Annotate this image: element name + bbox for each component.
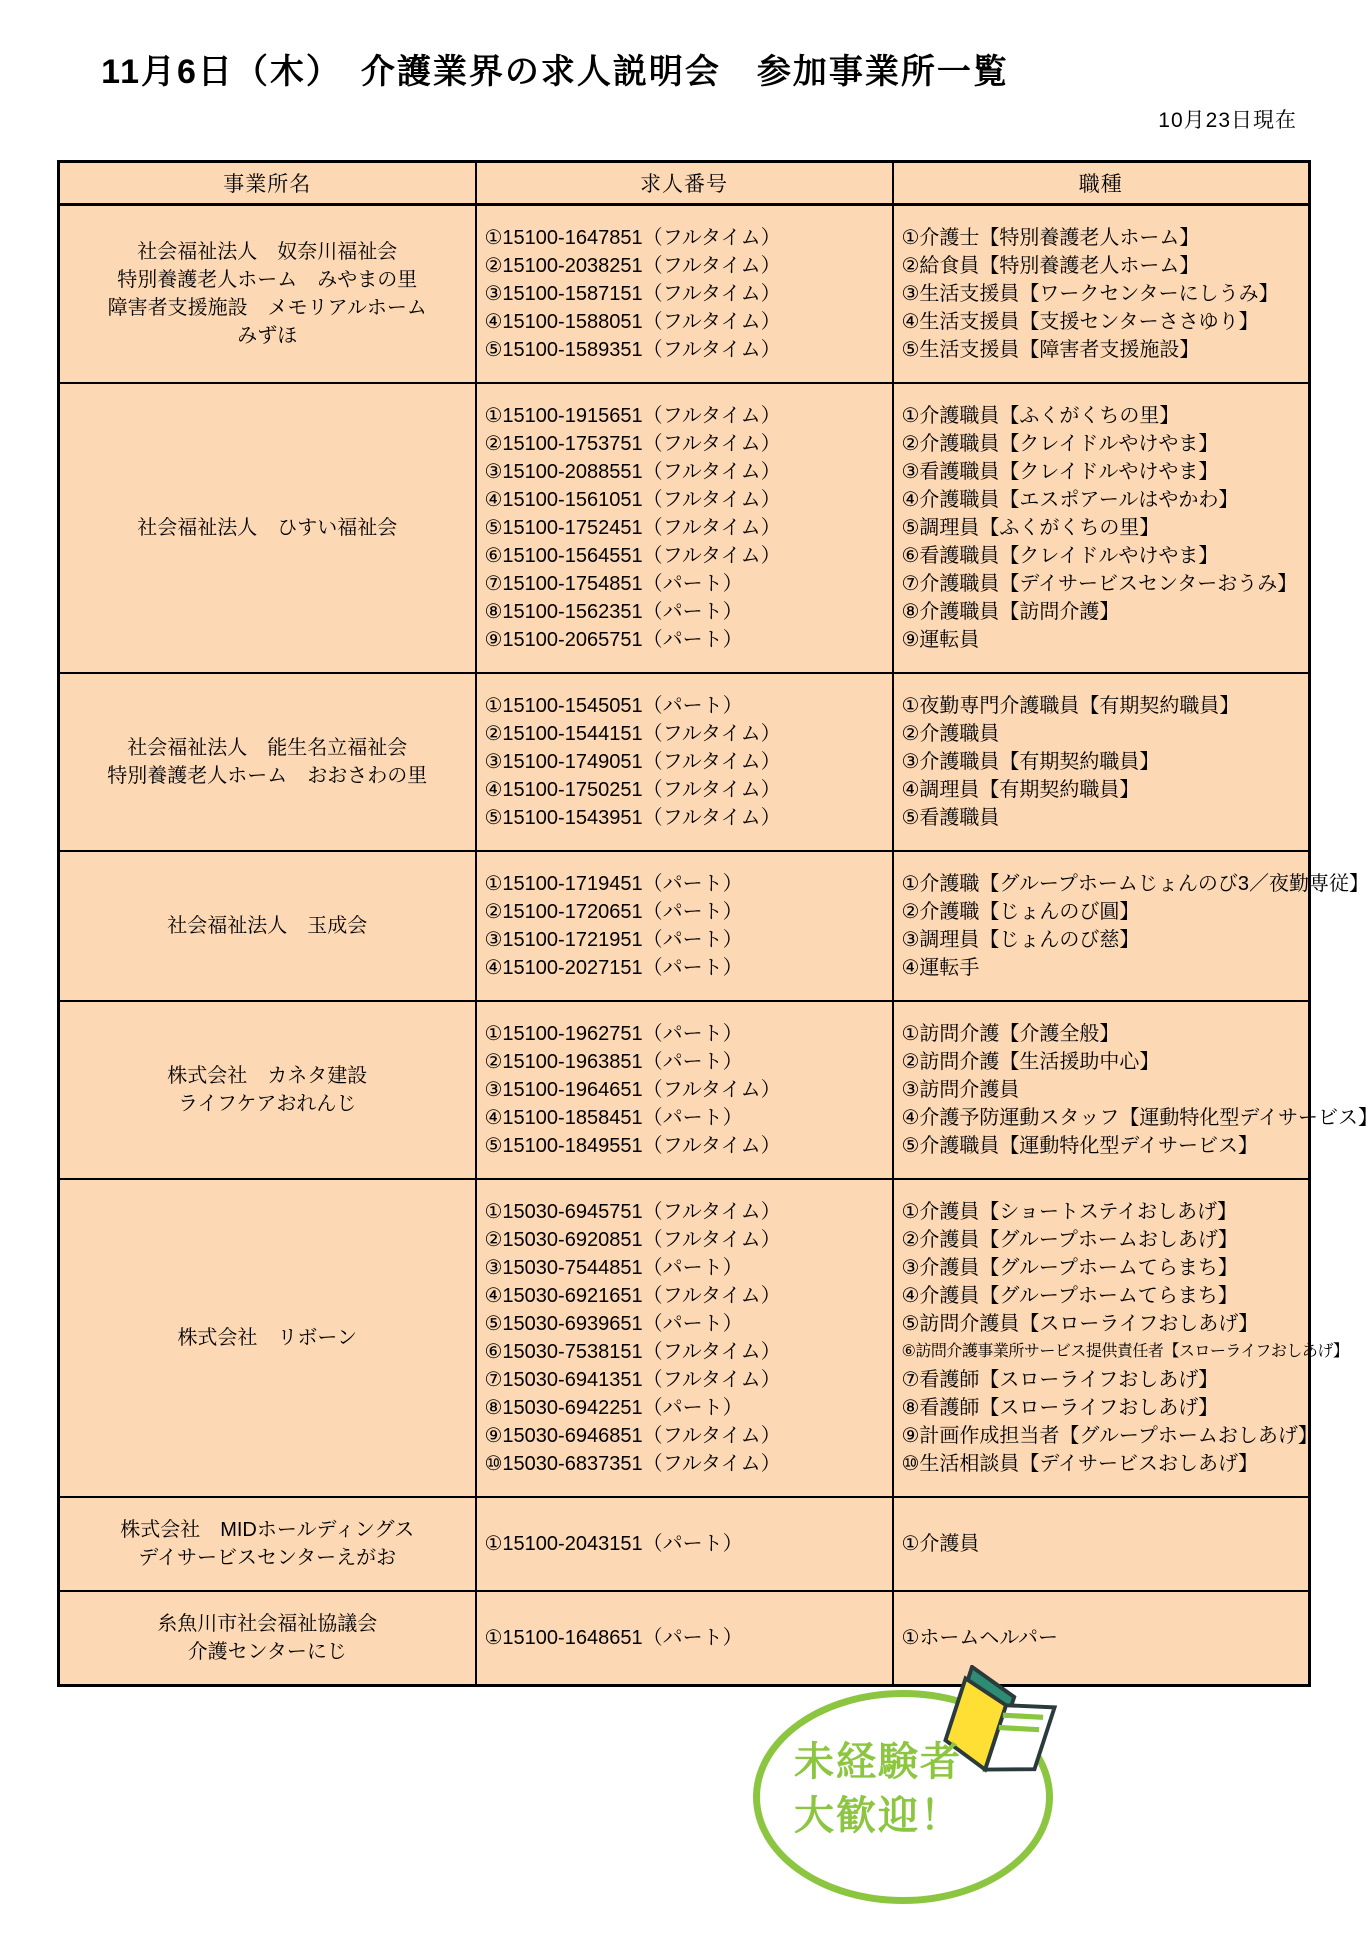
job-type-line: ⑤訪問介護員【スローライフおしあげ】 <box>902 1310 1301 1338</box>
job-numbers-cell: ①15100-1915651（フルタイム）②15100-1753751（フルタイ… <box>476 383 893 673</box>
table-row: 株式会社 リボーン ①15030-6945751（フルタイム）②15030-69… <box>59 1179 1310 1497</box>
job-type-line: ④介護職員【エスポアールはやかわ】 <box>902 486 1301 514</box>
job-type-line: ②訪問介護【生活援助中心】 <box>902 1048 1301 1076</box>
job-type-line: ⑧看護師【スローライフおしあげ】 <box>902 1394 1301 1422</box>
job-number-line: ③15030-7544851（パート） <box>485 1254 884 1282</box>
job-number-line: ⑧15030-6942251（パート） <box>485 1394 884 1422</box>
business-name-line: 介護センターにじ <box>68 1638 467 1666</box>
business-name-cell: 株式会社 カネタ建設ライフケアおれんじ <box>59 1001 476 1179</box>
job-number-line: ④15030-6921651（フルタイム） <box>485 1282 884 1310</box>
job-type-line: ②介護職員【クレイドルやけやま】 <box>902 430 1301 458</box>
job-type-line: ①ホームヘルパー <box>902 1624 1301 1652</box>
job-type-line: ③看護職員【クレイドルやけやま】 <box>902 458 1301 486</box>
job-numbers-cell: ①15100-1647851（フルタイム）②15100-2038251（フルタイ… <box>476 205 893 384</box>
job-types-cell: ①介護員 <box>893 1497 1310 1591</box>
business-name-cell: 糸魚川市社会福祉協議会介護センターにじ <box>59 1591 476 1686</box>
table-row: 社会福祉法人 奴奈川福祉会特別養護老人ホーム みやまの里障害者支援施設 メモリア… <box>59 205 1310 384</box>
job-number-line: ①15100-1915651（フルタイム） <box>485 402 884 430</box>
table-row: 社会福祉法人 ひすい福祉会 ①15100-1915651（フルタイム）②1510… <box>59 383 1310 673</box>
job-number-line: ③15100-1721951（パート） <box>485 926 884 954</box>
job-number-line: ①15100-1545051（パート） <box>485 692 884 720</box>
document-page: 11月6日（木） 介護業界の求人説明会 参加事業所一覧 10月23日現在 事業所… <box>0 0 1369 1935</box>
job-type-line: ⑥看護職員【クレイドルやけやま】 <box>902 542 1301 570</box>
job-number-line: ⑤15100-1752451（フルタイム） <box>485 514 884 542</box>
job-type-line: ⑧介護職員【訪問介護】 <box>902 598 1301 626</box>
business-name-cell: 社会福祉法人 ひすい福祉会 <box>59 383 476 673</box>
page-title: 11月6日（木） 介護業界の求人説明会 参加事業所一覧 <box>0 44 1110 93</box>
job-type-line: ②給食員【特別養護老人ホーム】 <box>902 252 1301 280</box>
job-number-line: ⑤15100-1543951（フルタイム） <box>485 804 884 832</box>
job-type-line: ③訪問介護員 <box>902 1076 1301 1104</box>
as-of-date: 10月23日現在 <box>1158 104 1297 134</box>
business-name-line: 障害者支援施設 メモリアルホーム <box>68 294 467 322</box>
job-type-line: ②介護員【グループホームおしあげ】 <box>902 1226 1301 1254</box>
job-types-cell: ①介護士【特別養護老人ホーム】②給食員【特別養護老人ホーム】③生活支援員【ワーク… <box>893 205 1310 384</box>
job-type-line: ⑤生活支援員【障害者支援施設】 <box>902 336 1301 364</box>
job-number-line: ⑦15100-1754851（パート） <box>485 570 884 598</box>
badge-text: 未経験者 大歓迎！ <box>794 1735 962 1843</box>
job-number-line: ③15100-1964651（フルタイム） <box>485 1076 884 1104</box>
job-number-line: ③15100-1749051（フルタイム） <box>485 748 884 776</box>
job-number-line: ①15100-1647851（フルタイム） <box>485 224 884 252</box>
job-number-line: ④15100-1588051（フルタイム） <box>485 308 884 336</box>
job-type-line: ⑤調理員【ふくがくちの里】 <box>902 514 1301 542</box>
job-type-line: ⑨計画作成担当者【グループホームおしあげ】 <box>902 1422 1301 1450</box>
job-number-line: ③15100-2088551（フルタイム） <box>485 458 884 486</box>
job-number-line: ②15030-6920851（フルタイム） <box>485 1226 884 1254</box>
business-name-line: デイサービスセンターえがお <box>68 1544 467 1572</box>
job-type-line: ②介護職員 <box>902 720 1301 748</box>
table-header-row: 事業所名 求人番号 職種 <box>59 162 1310 205</box>
column-header-business-name: 事業所名 <box>59 162 476 205</box>
column-header-job-type: 職種 <box>893 162 1310 205</box>
job-number-line: ②15100-1544151（フルタイム） <box>485 720 884 748</box>
business-name-cell: 社会福祉法人 奴奈川福祉会特別養護老人ホーム みやまの里障害者支援施設 メモリア… <box>59 205 476 384</box>
business-name-line: 特別養護老人ホーム みやまの里 <box>68 266 467 294</box>
job-number-line: ⑤15100-1589351（フルタイム） <box>485 336 884 364</box>
job-numbers-cell: ①15100-1648651（パート） <box>476 1591 893 1686</box>
job-number-line: ⑥15100-1564551（フルタイム） <box>485 542 884 570</box>
job-type-line: ④介護員【グループホームてらまち】 <box>902 1282 1301 1310</box>
job-types-cell: ①夜勤専門介護職員【有期契約職員】②介護職員③介護職員【有期契約職員】④調理員【… <box>893 673 1310 851</box>
job-type-line: ③調理員【じょんのび慈】 <box>902 926 1301 954</box>
job-type-line: ⑤看護職員 <box>902 804 1301 832</box>
badge-line-1: 未経験者 <box>794 1735 962 1789</box>
job-type-line: ⑨運転員 <box>902 626 1301 654</box>
job-number-line: ④15100-1858451（パート） <box>485 1104 884 1132</box>
job-type-line: ⑩生活相談員【デイサービスおしあげ】 <box>902 1450 1301 1478</box>
job-type-line: ③介護職員【有期契約職員】 <box>902 748 1301 776</box>
job-numbers-cell: ①15030-6945751（フルタイム）②15030-6920851（フルタイ… <box>476 1179 893 1497</box>
job-type-line: ②介護職【じょんのび圓】 <box>902 898 1301 926</box>
beginners-welcome-badge: 未経験者 大歓迎！ <box>753 1690 1053 1904</box>
business-name-cell: 株式会社 MIDホールディングスデイサービスセンターえがお <box>59 1497 476 1591</box>
job-number-line: ①15030-6945751（フルタイム） <box>485 1198 884 1226</box>
job-number-line: ④15100-1750251（フルタイム） <box>485 776 884 804</box>
job-type-line: ①介護職【グループホームじょんのび3／夜勤専従】 <box>902 870 1301 898</box>
job-types-cell: ①訪問介護【介護全般】②訪問介護【生活援助中心】③訪問介護員④介護予防運動スタッ… <box>893 1001 1310 1179</box>
job-number-line: ①15100-2043151（パート） <box>485 1530 884 1558</box>
job-type-line: ①介護員【ショートステイおしあげ】 <box>902 1198 1301 1226</box>
business-name-line: 社会福祉法人 ひすい福祉会 <box>68 514 467 542</box>
job-number-line: ④15100-1561051（フルタイム） <box>485 486 884 514</box>
job-type-line: ④生活支援員【支援センターささゆり】 <box>902 308 1301 336</box>
job-types-cell: ①介護職【グループホームじょんのび3／夜勤専従】②介護職【じょんのび圓】③調理員… <box>893 851 1310 1001</box>
job-number-line: ⑨15100-2065751（パート） <box>485 626 884 654</box>
business-name-cell: 社会福祉法人 能生名立福祉会特別養護老人ホーム おおさわの里 <box>59 673 476 851</box>
job-number-line: ②15100-2038251（フルタイム） <box>485 252 884 280</box>
job-number-line: ①15100-1648651（パート） <box>485 1624 884 1652</box>
job-number-line: ⑤15030-6939651（パート） <box>485 1310 884 1338</box>
job-type-line: ①介護員 <box>902 1530 1301 1558</box>
job-type-line: ①介護職員【ふくがくちの里】 <box>902 402 1301 430</box>
job-type-line: ④調理員【有期契約職員】 <box>902 776 1301 804</box>
job-number-line: ⑩15030-6837351（フルタイム） <box>485 1450 884 1478</box>
business-name-line: 株式会社 MIDホールディングス <box>68 1516 467 1544</box>
table-row: 株式会社 カネタ建設ライフケアおれんじ ①15100-1962751（パート）②… <box>59 1001 1310 1179</box>
job-type-line: ⑦看護師【スローライフおしあげ】 <box>902 1366 1301 1394</box>
table-row: 社会福祉法人 玉成会 ①15100-1719451（パート）②15100-172… <box>59 851 1310 1001</box>
job-type-line: ④介護予防運動スタッフ【運動特化型デイサービス】 <box>902 1104 1301 1132</box>
job-numbers-cell: ①15100-2043151（パート） <box>476 1497 893 1591</box>
business-name-line: みずほ <box>68 322 467 350</box>
job-number-line: ⑤15100-1849551（フルタイム） <box>485 1132 884 1160</box>
job-type-line: ①介護士【特別養護老人ホーム】 <box>902 224 1301 252</box>
business-name-line: 社会福祉法人 奴奈川福祉会 <box>68 238 467 266</box>
job-number-line: ⑦15030-6941351（フルタイム） <box>485 1366 884 1394</box>
table-row: 社会福祉法人 能生名立福祉会特別養護老人ホーム おおさわの里 ①15100-15… <box>59 673 1310 851</box>
job-type-line: ③介護員【グループホームてらまち】 <box>902 1254 1301 1282</box>
job-type-line: ①夜勤専門介護職員【有期契約職員】 <box>902 692 1301 720</box>
job-numbers-cell: ①15100-1719451（パート）②15100-1720651（パート）③1… <box>476 851 893 1001</box>
job-type-line: ④運転手 <box>902 954 1301 982</box>
job-types-cell: ①介護職員【ふくがくちの里】②介護職員【クレイドルやけやま】③看護職員【クレイド… <box>893 383 1310 673</box>
job-number-line: ③15100-1587151（フルタイム） <box>485 280 884 308</box>
job-number-line: ①15100-1719451（パート） <box>485 870 884 898</box>
business-name-line: 糸魚川市社会福祉協議会 <box>68 1610 467 1638</box>
job-type-line: ①訪問介護【介護全般】 <box>902 1020 1301 1048</box>
column-header-job-number: 求人番号 <box>476 162 893 205</box>
job-number-line: ⑨15030-6946851（フルタイム） <box>485 1422 884 1450</box>
business-name-cell: 社会福祉法人 玉成会 <box>59 851 476 1001</box>
job-type-line: ⑤介護職員【運動特化型デイサービス】 <box>902 1132 1301 1160</box>
business-name-cell: 株式会社 リボーン <box>59 1179 476 1497</box>
table-row: 糸魚川市社会福祉協議会介護センターにじ ①15100-1648651（パート） … <box>59 1591 1310 1686</box>
badge-line-2: 大歓迎！ <box>794 1789 962 1843</box>
table-row: 株式会社 MIDホールディングスデイサービスセンターえがお ①15100-204… <box>59 1497 1310 1591</box>
job-number-line: ⑥15030-7538151（フルタイム） <box>485 1338 884 1366</box>
job-number-line: ④15100-2027151（パート） <box>485 954 884 982</box>
job-type-line: ⑥訪問介護事業所サービス提供責任者【スローライフおしあげ】 <box>902 1338 1301 1366</box>
participants-table: 事業所名 求人番号 職種 社会福祉法人 奴奈川福祉会特別養護老人ホーム みやまの… <box>57 160 1311 1687</box>
job-types-cell: ①介護員【ショートステイおしあげ】②介護員【グループホームおしあげ】③介護員【グ… <box>893 1179 1310 1497</box>
job-number-line: ②15100-1720651（パート） <box>485 898 884 926</box>
business-name-line: 株式会社 リボーン <box>68 1324 467 1352</box>
job-number-line: ①15100-1962751（パート） <box>485 1020 884 1048</box>
job-numbers-cell: ①15100-1545051（パート）②15100-1544151（フルタイム）… <box>476 673 893 851</box>
job-type-line: ⑦介護職員【デイサービスセンターおうみ】 <box>902 570 1301 598</box>
business-name-line: 社会福祉法人 能生名立福祉会 <box>68 734 467 762</box>
job-number-line: ⑧15100-1562351（パート） <box>485 598 884 626</box>
business-name-line: 社会福祉法人 玉成会 <box>68 912 467 940</box>
business-name-line: ライフケアおれんじ <box>68 1090 467 1118</box>
job-number-line: ②15100-1963851（パート） <box>485 1048 884 1076</box>
job-type-line: ③生活支援員【ワークセンターにしうみ】 <box>902 280 1301 308</box>
business-name-line: 株式会社 カネタ建設 <box>68 1062 467 1090</box>
job-numbers-cell: ①15100-1962751（パート）②15100-1963851（パート）③1… <box>476 1001 893 1179</box>
business-name-line: 特別養護老人ホーム おおさわの里 <box>68 762 467 790</box>
job-number-line: ②15100-1753751（フルタイム） <box>485 430 884 458</box>
